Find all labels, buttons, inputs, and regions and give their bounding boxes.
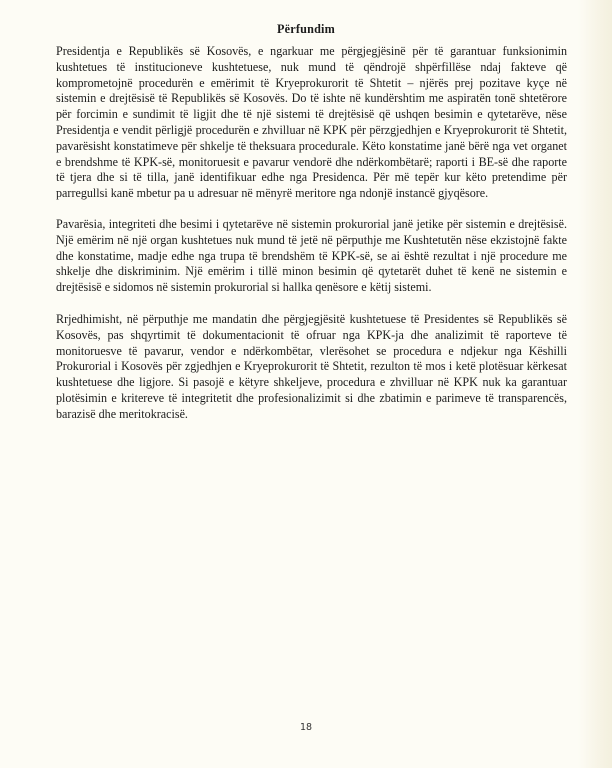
paragraph-2: Pavarësia, integriteti dhe besimi i qyte… xyxy=(56,217,567,296)
paragraph-3: Rrjedhimisht, në përputhje me mandatin d… xyxy=(56,312,567,423)
paragraph-1: Presidentja e Republikës së Kosovës, e n… xyxy=(56,44,567,202)
scanned-page-edge-shading xyxy=(578,0,612,768)
section-title: Përfundim xyxy=(0,22,612,37)
document-body: Presidentja e Republikës së Kosovës, e n… xyxy=(56,44,567,438)
page-number: 18 xyxy=(0,722,612,733)
